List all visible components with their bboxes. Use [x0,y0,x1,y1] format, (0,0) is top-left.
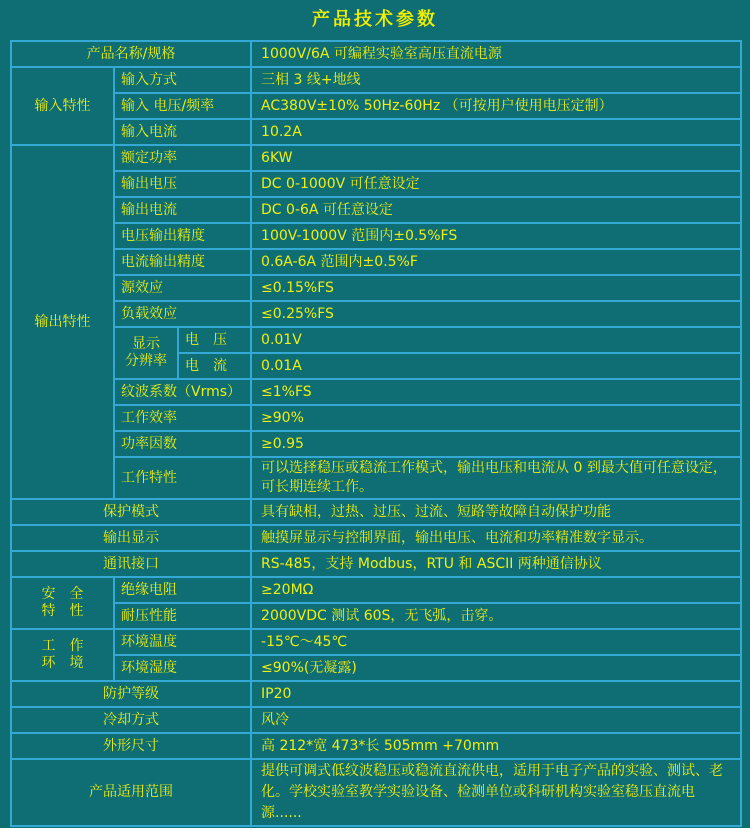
value-cell: ≤1%FS [250,378,740,404]
param-label-cell: 保护模式 [10,498,250,524]
table-row: 环境湿度 ≤90%(无凝露) [10,654,740,680]
table-row: 纹波系数（Vrms） ≤1%FS [10,378,740,404]
value-cell: ≤90%(无凝露) [250,654,740,680]
value-cell: RS-485，支持 Modbus，RTU 和 ASCII 两种通信协议 [250,550,740,576]
value-cell: 高 212*宽 473*长 505mm +70mm [250,732,740,758]
param-label-cell: 源效应 [113,274,250,300]
safety-group-line1: 安 全 [14,586,111,603]
value-cell: 触摸屏显示与控制界面，输出电压、电流和功率精准数字显示。 [250,524,740,550]
safety-group-line2: 特 性 [14,603,111,620]
param-label-cell: 冷却方式 [10,706,250,732]
table-row: 通讯接口 RS-485，支持 Modbus，RTU 和 ASCII 两种通信协议 [10,550,740,576]
table-row: 耐压性能 2000VDC 测试 60S，无飞弧，击穿。 [10,602,740,628]
value-cell: 0.6A-6A 范围内±0.5%F [250,248,740,274]
value-cell: 0.01V [250,326,740,352]
table-row: 显示 分辨率 电 压 0.01V [10,326,740,352]
value-cell: ≤0.25%FS [250,300,740,326]
display-resolution-cell: 显示 分辨率 [113,326,177,378]
table-row: 输入 电压/频率 AC380V±10% 50Hz-60Hz （可按用户使用电压定… [10,92,740,118]
param-label-cell: 耐压性能 [113,602,250,628]
param-label-cell: 纹波系数（Vrms） [113,378,250,404]
param-label-cell: 输入电流 [113,118,250,144]
group-cell-output: 输出特性 [10,144,113,498]
param-label-cell: 电 压 [177,326,250,352]
value-cell: 100V-1000V 范围内±0.5%FS [250,222,740,248]
param-label-cell: 电流输出精度 [113,248,250,274]
param-label-cell: 环境湿度 [113,654,250,680]
param-label-cell: 电 流 [177,352,250,378]
param-label-cell: 输入方式 [113,66,250,92]
value-cell: 1000V/6A 可编程实验室高压直流电源 [250,40,740,66]
value-cell: 提供可调式低纹波稳压或稳流直流供电，适用于电子产品的实验、测试、老化。学校实验室… [250,758,740,825]
table-row: 输入电流 10.2A [10,118,740,144]
value-cell: ≥20MΩ [250,576,740,602]
table-row: 负载效应 ≤0.25%FS [10,300,740,326]
table-row: 工作特性 可以选择稳压或稳流工作模式，输出电压和电流从 0 到最大值可任意设定，… [10,456,740,498]
param-label-cell: 通讯接口 [10,550,250,576]
table-row: 产品名称/规格 1000V/6A 可编程实验室高压直流电源 [10,40,740,66]
table-row: 功率因数 ≥0.95 [10,430,740,456]
display-resolution-line1: 显示 [117,336,175,353]
value-cell: ≥90% [250,404,740,430]
param-label-cell: 工作效率 [113,404,250,430]
param-label-cell: 输出电流 [113,196,250,222]
value-cell: 可以选择稳压或稳流工作模式，输出电压和电流从 0 到最大值可任意设定，可长期连续… [250,456,740,498]
value-cell: DC 0-1000V 可任意设定 [250,170,740,196]
table-row: 输出显示 触摸屏显示与控制界面，输出电压、电流和功率精准数字显示。 [10,524,740,550]
value-cell: 0.01A [250,352,740,378]
table-row: 保护模式 具有缺相，过热、过压、过流、短路等故障自动保护功能 [10,498,740,524]
value-cell: 10.2A [250,118,740,144]
param-label-cell: 额定功率 [113,144,250,170]
value-cell: IP20 [250,680,740,706]
table-row: 产品适用范围 提供可调式低纹波稳压或稳流直流供电，适用于电子产品的实验、测试、老… [10,758,740,825]
value-cell: 风冷 [250,706,740,732]
value-cell: ≤0.15%FS [250,274,740,300]
value-cell: 具有缺相，过热、过压、过流、短路等故障自动保护功能 [250,498,740,524]
table-row: 冷却方式 风冷 [10,706,740,732]
param-label-cell: 输出显示 [10,524,250,550]
table-row: 安 全 特 性 绝缘电阻 ≥20MΩ [10,576,740,602]
page-title: 产品技术参数 [0,0,750,40]
param-label-cell: 工作特性 [113,456,250,498]
value-cell: -15℃～45℃ [250,628,740,654]
spec-table: 产品名称/规格 1000V/6A 可编程实验室高压直流电源 输入特性 输入方式 … [10,40,742,827]
value-cell: 6KW [250,144,740,170]
value-cell: AC380V±10% 50Hz-60Hz （可按用户使用电压定制） [250,92,740,118]
page-background: 产品技术参数 产品名称/规格 1000V/6A 可编程实验室高压直流电源 输入特… [0,0,750,828]
param-label-cell: 产品名称/规格 [10,40,250,66]
value-cell: ≥0.95 [250,430,740,456]
table-row: 防护等级 IP20 [10,680,740,706]
table-row: 电流输出精度 0.6A-6A 范围内±0.5%F [10,248,740,274]
table-row: 输出电流 DC 0-6A 可任意设定 [10,196,740,222]
table-row: 输出特性 额定功率 6KW [10,144,740,170]
display-resolution-line2: 分辨率 [117,353,175,370]
param-label-cell: 电压输出精度 [113,222,250,248]
environment-group-line2: 环 境 [14,655,111,672]
param-label-cell: 功率因数 [113,430,250,456]
param-label-cell: 绝缘电阻 [113,576,250,602]
table-row: 工作效率 ≥90% [10,404,740,430]
value-cell: 2000VDC 测试 60S，无飞弧，击穿。 [250,602,740,628]
table-row: 外形尺寸 高 212*宽 473*长 505mm +70mm [10,732,740,758]
value-cell: DC 0-6A 可任意设定 [250,196,740,222]
param-label-cell: 输入 电压/频率 [113,92,250,118]
param-label-cell: 外形尺寸 [10,732,250,758]
group-cell-input: 输入特性 [10,66,113,144]
environment-group-line1: 工 作 [14,638,111,655]
table-row: 源效应 ≤0.15%FS [10,274,740,300]
table-row: 工 作 环 境 环境温度 -15℃～45℃ [10,628,740,654]
param-label-cell: 环境温度 [113,628,250,654]
table-row: 输入特性 输入方式 三相 3 线+地线 [10,66,740,92]
param-label-cell: 输出电压 [113,170,250,196]
table-row: 电压输出精度 100V-1000V 范围内±0.5%FS [10,222,740,248]
value-cell: 三相 3 线+地线 [250,66,740,92]
param-label-cell: 防护等级 [10,680,250,706]
param-label-cell: 负载效应 [113,300,250,326]
group-cell-safety: 安 全 特 性 [10,576,113,628]
table-row: 输出电压 DC 0-1000V 可任意设定 [10,170,740,196]
param-label-cell: 产品适用范围 [10,758,250,825]
group-cell-environment: 工 作 环 境 [10,628,113,680]
